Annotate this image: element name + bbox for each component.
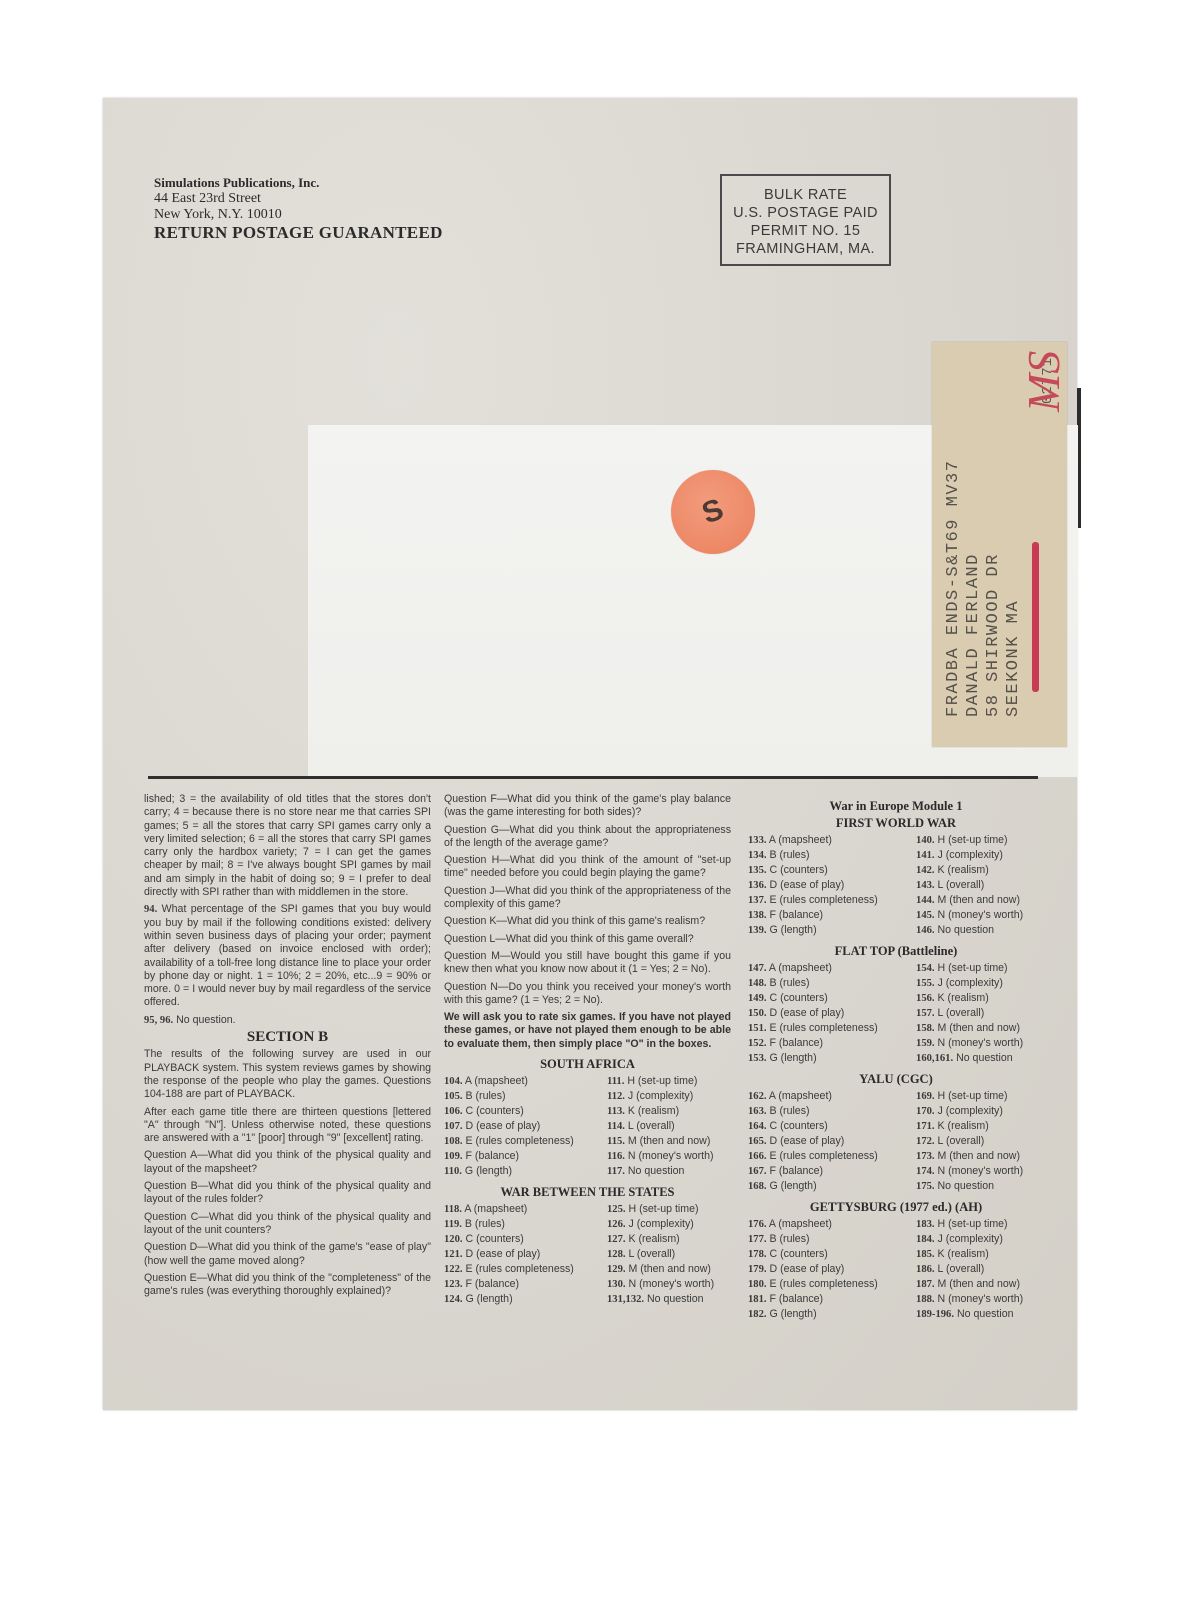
- survey-question-item: 108. E (rules completeness): [444, 1134, 603, 1149]
- survey-question-item: 112. J (complexity): [607, 1089, 731, 1104]
- question-grid: 133. A (mapsheet)140. H (set-up time)134…: [748, 833, 1044, 938]
- survey-question-item: 110. G (length): [444, 1164, 603, 1179]
- question-description: Question A—What did you think of the phy…: [144, 1149, 431, 1176]
- survey-question-item: 139. G (length): [748, 923, 912, 938]
- game-block: YALU (CGC)162. A (mapsheet)169. H (set-u…: [748, 1072, 1044, 1194]
- survey-question-item: 125. H (set-up time): [607, 1202, 731, 1217]
- divider-rule: [148, 776, 1038, 779]
- survey-question-item: 118. A (mapsheet): [444, 1202, 603, 1217]
- survey-question-item: 154. H (set-up time): [916, 961, 1044, 976]
- indicia-line: BULK RATE: [722, 186, 889, 204]
- survey-question-item: 169. H (set-up time): [916, 1089, 1044, 1104]
- survey-question-item: 131,132. No question: [607, 1292, 731, 1307]
- indicia-line: FRAMINGHAM, MA.: [722, 240, 889, 258]
- survey-question-item: 187. M (then and now): [916, 1277, 1044, 1292]
- return-postage-notice: RETURN POSTAGE GUARANTEED: [154, 225, 443, 241]
- survey-question-item: 138. F (balance): [748, 908, 912, 923]
- question-description: Question H—What did you think of the amo…: [444, 854, 731, 881]
- survey-question-item: 159. N (money's worth): [916, 1036, 1044, 1051]
- game-block: War in Europe Module 1FIRST WORLD WAR133…: [748, 799, 1044, 938]
- mailing-label: FRADBA ENDS-S&T69 MV37 DANALD FERLAND 58…: [932, 342, 1067, 747]
- survey-question-item: 144. M (then and now): [916, 893, 1044, 908]
- survey-question-item: 168. G (length): [748, 1179, 912, 1194]
- survey-question-item: 146. No question: [916, 923, 1044, 938]
- survey-question-item: 183. H (set-up time): [916, 1217, 1044, 1232]
- survey-question-item: 157. L (overall): [916, 1006, 1044, 1021]
- game-block: FLAT TOP (Battleline)147. A (mapsheet)15…: [748, 944, 1044, 1066]
- survey-question-item: 163. B (rules): [748, 1104, 912, 1119]
- survey-question-item: 164. C (counters): [748, 1119, 912, 1134]
- survey-question-item: 142. K (realism): [916, 863, 1044, 878]
- question-grid: 118. A (mapsheet)125. H (set-up time)119…: [444, 1202, 731, 1307]
- question-description: Question L—What did you think of this ga…: [444, 933, 731, 946]
- question-94: 94. What percentage of the SPI games tha…: [144, 903, 431, 1009]
- question-description: Question C—What did you think of the phy…: [144, 1211, 431, 1238]
- paragraph: lished; 3 = the availability of old titl…: [144, 793, 431, 899]
- survey-question-item: 126. J (complexity): [607, 1217, 731, 1232]
- survey-question-item: 124. G (length): [444, 1292, 603, 1307]
- game-title: War in Europe Module 1: [748, 799, 1044, 813]
- survey-question-item: 148. B (rules): [748, 976, 912, 991]
- survey-question-item: 181. F (balance): [748, 1292, 912, 1307]
- survey-question-item: 177. B (rules): [748, 1232, 912, 1247]
- survey-question-item: 140. H (set-up time): [916, 833, 1044, 848]
- survey-question-item: 120. C (counters): [444, 1232, 603, 1247]
- return-address: Simulations Publications, Inc. 44 East 2…: [154, 175, 443, 241]
- survey-question-item: 165. D (ease of play): [748, 1134, 912, 1149]
- survey-question-item: 174. N (money's worth): [916, 1164, 1044, 1179]
- question-description: Question D—What did you think of the gam…: [144, 1241, 431, 1268]
- survey-question-item: 129. M (then and now): [607, 1262, 731, 1277]
- survey-question-item: 128. L (overall): [607, 1247, 731, 1262]
- label-line: DANALD FERLAND: [964, 342, 984, 717]
- question-grid: 104. A (mapsheet)111. H (set-up time)105…: [444, 1074, 731, 1179]
- label-line: FRADBA ENDS-S&T69 MV37: [944, 342, 964, 717]
- indicia-line: PERMIT NO. 15: [722, 222, 889, 240]
- survey-question-item: 188. N (money's worth): [916, 1292, 1044, 1307]
- survey-question-item: 170. J (complexity): [916, 1104, 1044, 1119]
- survey-question-item: 151. E (rules completeness): [748, 1021, 912, 1036]
- survey-question-item: 182. G (length): [748, 1307, 912, 1322]
- postage-indicia: BULK RATE U.S. POSTAGE PAID PERMIT NO. 1…: [720, 174, 891, 266]
- intro-paragraph: After each game title there are thirteen…: [144, 1106, 431, 1146]
- game-title: FLAT TOP (Battleline): [748, 944, 1044, 958]
- survey-question-item: 111. H (set-up time): [607, 1074, 731, 1089]
- survey-question-item: 179. D (ease of play): [748, 1262, 912, 1277]
- game-block: GETTYSBURG (1977 ed.) (AH)176. A (mapshe…: [748, 1200, 1044, 1322]
- sticker-letter: S: [698, 493, 728, 532]
- survey-question-item: 104. A (mapsheet): [444, 1074, 603, 1089]
- survey-question-item: 105. B (rules): [444, 1089, 603, 1104]
- game-title: WAR BETWEEN THE STATES: [444, 1185, 731, 1199]
- question-description: Question M—Would you still have bought t…: [444, 950, 731, 977]
- survey-question-item: 116. N (money's worth): [607, 1149, 731, 1164]
- survey-question-item: 135. C (counters): [748, 863, 912, 878]
- survey-question-item: 176. A (mapsheet): [748, 1217, 912, 1232]
- survey-question-item: 178. C (counters): [748, 1247, 912, 1262]
- survey-question-item: 106. C (counters): [444, 1104, 603, 1119]
- company-name: Simulations Publications, Inc.: [154, 175, 443, 191]
- survey-question-item: 145. N (money's worth): [916, 908, 1044, 923]
- magazine-back-cover: Simulations Publications, Inc. 44 East 2…: [103, 98, 1077, 1410]
- question-grid: 162. A (mapsheet)169. H (set-up time)163…: [748, 1089, 1044, 1194]
- label-line: 58 SHIRWOOD DR: [984, 342, 1004, 717]
- survey-question-item: 119. B (rules): [444, 1217, 603, 1232]
- survey-question-item: 143. L (overall): [916, 878, 1044, 893]
- column-3: War in Europe Module 1FIRST WORLD WAR133…: [748, 793, 1044, 1322]
- intro-paragraph: The results of the following survey are …: [144, 1048, 431, 1101]
- survey-question-item: 180. E (rules completeness): [748, 1277, 912, 1292]
- red-marker-stroke: [1032, 542, 1039, 692]
- column-1: lished; 3 = the availability of old titl…: [144, 793, 431, 1302]
- question-description: Question F—What did you think of the gam…: [444, 793, 731, 820]
- survey-question-item: 156. K (realism): [916, 991, 1044, 1006]
- survey-question-item: 121. D (ease of play): [444, 1247, 603, 1262]
- section-b-title: SECTION B: [144, 1031, 431, 1044]
- survey-question-item: 127. K (realism): [607, 1232, 731, 1247]
- survey-question-item: 173. M (then and now): [916, 1149, 1044, 1164]
- survey-question-item: 123. F (balance): [444, 1277, 603, 1292]
- survey-question-item: 152. F (balance): [748, 1036, 912, 1051]
- question-description: Question K—What did you think of this ga…: [444, 915, 731, 928]
- survey-question-item: 171. K (realism): [916, 1119, 1044, 1134]
- question-description: Question B—What did you think of the phy…: [144, 1180, 431, 1207]
- survey-question-item: 115. M (then and now): [607, 1134, 731, 1149]
- game-title: SOUTH AFRICA: [444, 1057, 731, 1071]
- question-grid: 147. A (mapsheet)154. H (set-up time)148…: [748, 961, 1044, 1066]
- survey-question-item: 117. No question: [607, 1164, 731, 1179]
- survey-question-item: 186. L (overall): [916, 1262, 1044, 1277]
- city-address: New York, N.Y. 10010: [154, 207, 443, 223]
- survey-question-item: 175. No question: [916, 1179, 1044, 1194]
- game-block: SOUTH AFRICA104. A (mapsheet)111. H (set…: [444, 1057, 731, 1179]
- survey-question-item: 107. D (ease of play): [444, 1119, 603, 1134]
- survey-question-item: 162. A (mapsheet): [748, 1089, 912, 1104]
- survey-question-item: 122. E (rules completeness): [444, 1262, 603, 1277]
- street-address: 44 East 23rd Street: [154, 191, 443, 207]
- indicia-line: U.S. POSTAGE PAID: [722, 204, 889, 222]
- survey-question-item: 185. K (realism): [916, 1247, 1044, 1262]
- survey-question-item: 130. N (money's worth): [607, 1277, 731, 1292]
- survey-question-item: 153. G (length): [748, 1051, 912, 1066]
- handwritten-initials: MS: [1017, 351, 1070, 412]
- survey-question-item: 166. E (rules completeness): [748, 1149, 912, 1164]
- question-description: Question G—What did you think about the …: [444, 824, 731, 851]
- survey-question-item: 134. B (rules): [748, 848, 912, 863]
- survey-question-item: 189-196. No question: [916, 1307, 1044, 1322]
- game-title: YALU (CGC): [748, 1072, 1044, 1086]
- question-description: Question N—Do you think you received you…: [444, 981, 731, 1008]
- survey-question-item: 160,161. No question: [916, 1051, 1044, 1066]
- game-block: WAR BETWEEN THE STATES118. A (mapsheet)1…: [444, 1185, 731, 1307]
- game-title: FIRST WORLD WAR: [748, 816, 1044, 830]
- survey-question-item: 141. J (complexity): [916, 848, 1044, 863]
- question-description: Question E—What did you think of the "co…: [144, 1272, 431, 1299]
- survey-question-item: 172. L (overall): [916, 1134, 1044, 1149]
- survey-question-item: 133. A (mapsheet): [748, 833, 912, 848]
- survey-question-item: 136. D (ease of play): [748, 878, 912, 893]
- question-grid: 176. A (mapsheet)183. H (set-up time)177…: [748, 1217, 1044, 1322]
- survey-question-item: 114. L (overall): [607, 1119, 731, 1134]
- survey-question-item: 113. K (realism): [607, 1104, 731, 1119]
- survey-question-item: 149. C (counters): [748, 991, 912, 1006]
- question-95-96: 95, 96. No question.: [144, 1014, 431, 1027]
- survey-question-item: 137. E (rules completeness): [748, 893, 912, 908]
- survey-question-item: 150. D (ease of play): [748, 1006, 912, 1021]
- game-title: GETTYSBURG (1977 ed.) (AH): [748, 1200, 1044, 1214]
- orange-sticker: S: [671, 470, 755, 554]
- survey-question-item: 167. F (balance): [748, 1164, 912, 1179]
- column-2: Question F—What did you think of the gam…: [444, 793, 731, 1307]
- rate-note: We will ask you to rate six games. If yo…: [444, 1011, 731, 1051]
- survey-question-item: 158. M (then and now): [916, 1021, 1044, 1036]
- survey-question-item: 109. F (balance): [444, 1149, 603, 1164]
- question-description: Question J—What did you think of the app…: [444, 885, 731, 912]
- survey-question-item: 155. J (complexity): [916, 976, 1044, 991]
- survey-question-item: 184. J (complexity): [916, 1232, 1044, 1247]
- survey-question-item: 147. A (mapsheet): [748, 961, 912, 976]
